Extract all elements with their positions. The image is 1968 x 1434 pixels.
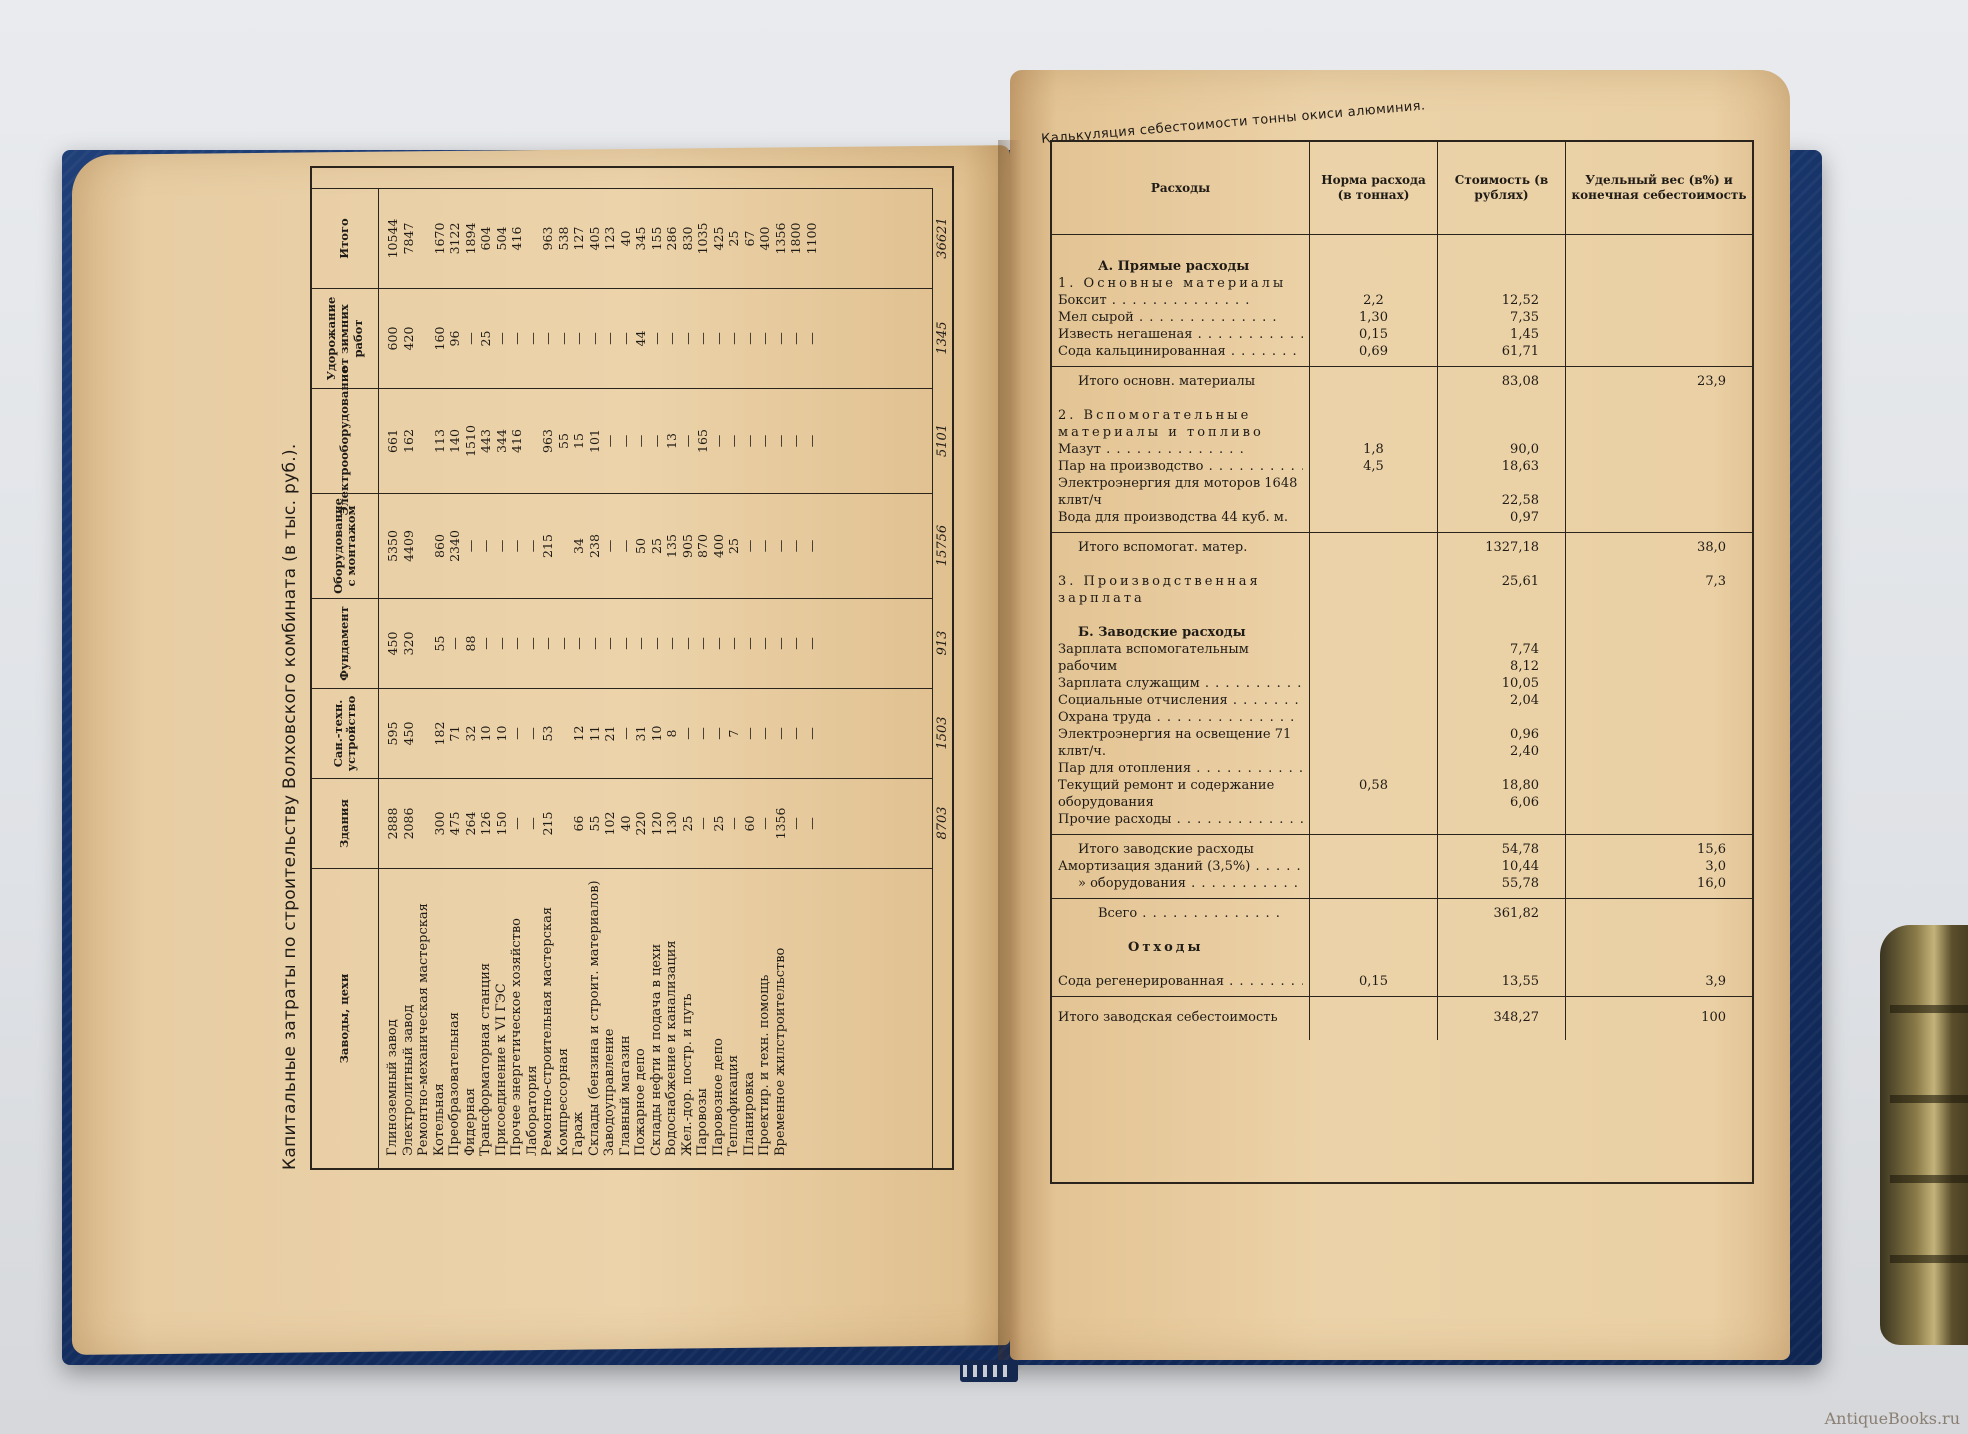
cell-value: — bbox=[773, 693, 789, 774]
row-label: Трансформаторная станция bbox=[478, 873, 494, 1156]
cell-value: — bbox=[742, 293, 758, 384]
cost-value: 6,06 bbox=[1444, 794, 1539, 811]
cell-value: — bbox=[494, 293, 510, 384]
cell-value: — bbox=[602, 603, 618, 684]
item-label: Мазут bbox=[1058, 441, 1303, 458]
row-label: Глиноземный завод bbox=[385, 873, 401, 1156]
cell-value: 595 bbox=[385, 693, 401, 774]
cost-value: 7,74 bbox=[1444, 641, 1539, 658]
cell-value bbox=[416, 193, 432, 284]
amort-equipment-share: 16,0 bbox=[1572, 875, 1726, 892]
item-label: Боксит bbox=[1058, 292, 1303, 309]
waste-share: 3,9 bbox=[1572, 973, 1726, 990]
cell-value: — bbox=[602, 293, 618, 384]
cell-value bbox=[525, 393, 541, 489]
column-plants: Заводы, цехиГлиноземный заводЭлектролитн… bbox=[312, 868, 952, 1168]
cell-value: — bbox=[695, 293, 711, 384]
norm-value: 0,15 bbox=[1316, 326, 1431, 343]
cell-value: — bbox=[695, 693, 711, 774]
cell-value: 1670 bbox=[432, 193, 448, 284]
cell-value: 215 bbox=[540, 498, 556, 594]
cost-value: 1,45 bbox=[1444, 326, 1539, 343]
cell-value: — bbox=[742, 603, 758, 684]
amort-buildings-cost: 10,44 bbox=[1444, 858, 1539, 875]
cell-value: 127 bbox=[571, 193, 587, 284]
cell-value: — bbox=[602, 393, 618, 489]
capital-costs-grid: Заводы, цехиГлиноземный заводЭлектролитн… bbox=[312, 168, 952, 1168]
cell-value: — bbox=[757, 393, 773, 489]
cell-value: — bbox=[804, 293, 820, 384]
cell-value: 130 bbox=[664, 783, 680, 864]
norm-value: 1,30 bbox=[1316, 309, 1431, 326]
cell-value: — bbox=[711, 603, 727, 684]
cost-value: 2,04 bbox=[1444, 692, 1539, 709]
cell-value: 165 bbox=[695, 393, 711, 489]
header-share: Удельный вес (в%) и конечная себестоимос… bbox=[1566, 142, 1752, 235]
left-page-title: Капитальные затраты по строительству Вол… bbox=[280, 150, 300, 1170]
capital-costs-table-rotated: Капитальные затраты по строительству Вол… bbox=[280, 150, 980, 1170]
cell-value: 416 bbox=[509, 193, 525, 284]
cell-value: — bbox=[757, 603, 773, 684]
cell-value: — bbox=[602, 498, 618, 594]
waste-label: Сода регенерированная bbox=[1058, 973, 1303, 990]
column-4: Оборудование с монтажом535044098602340——… bbox=[312, 493, 952, 598]
cost-value: 18,80 bbox=[1444, 777, 1539, 794]
row-label: Жел.-дор. постр. и путь bbox=[680, 873, 696, 1156]
cell-value: — bbox=[509, 783, 525, 864]
row-label: Ремонтно-строительная мастерская bbox=[540, 873, 556, 1156]
row-label: Фидерная bbox=[463, 873, 479, 1156]
cell-value: 1100 bbox=[804, 193, 820, 284]
cell-value: 8 bbox=[664, 693, 680, 774]
cell-value: — bbox=[525, 293, 541, 384]
cell-value: 71 bbox=[447, 693, 463, 774]
cell-value: — bbox=[726, 393, 742, 489]
total-cost: 361,82 bbox=[1444, 905, 1539, 922]
cell-value: 160 bbox=[432, 293, 448, 384]
cell-value: — bbox=[509, 498, 525, 594]
amort-equipment-cost: 55,78 bbox=[1444, 875, 1539, 892]
cell-value: — bbox=[742, 693, 758, 774]
cell-value: — bbox=[618, 293, 634, 384]
book-spine-shadow bbox=[998, 140, 1022, 1370]
cell-value: 60 bbox=[742, 783, 758, 864]
cell-value: — bbox=[478, 498, 494, 594]
cell-value: 25 bbox=[726, 498, 742, 594]
cell-value: 96 bbox=[447, 293, 463, 384]
cell-value: — bbox=[494, 498, 510, 594]
row-label: Электролитный завод bbox=[401, 873, 417, 1156]
cell-value: 25 bbox=[478, 293, 494, 384]
cell-value: — bbox=[540, 603, 556, 684]
section-a-heading: А. Прямые расходы bbox=[1058, 258, 1303, 275]
production-wages-cost: 25,61 bbox=[1444, 573, 1539, 590]
cell-value: 55 bbox=[556, 393, 572, 489]
cell-value: 67 bbox=[742, 193, 758, 284]
column-total: 913 bbox=[932, 598, 952, 688]
cell-value: 405 bbox=[587, 193, 603, 284]
subtotal-aux-label: Итого вспомогат. матер. bbox=[1058, 539, 1303, 556]
cell-value: 4409 bbox=[401, 498, 417, 594]
row-label: Ремонтно-механическая мастерская bbox=[416, 873, 432, 1156]
table-header: Расходы Норма расхода (в тоннах) Стоимос… bbox=[1052, 142, 1752, 235]
cell-value: 320 bbox=[401, 603, 417, 684]
row-label: Заводоуправление bbox=[602, 873, 618, 1156]
waste-heading: Отходы bbox=[1058, 939, 1303, 956]
cell-value: 55 bbox=[587, 783, 603, 864]
row-label: Компрессорная bbox=[556, 873, 572, 1156]
cell-value: — bbox=[649, 293, 665, 384]
cost-value: 0,96 bbox=[1444, 726, 1539, 743]
cell-value: — bbox=[680, 393, 696, 489]
row-label: Пожарное депо bbox=[633, 873, 649, 1156]
cell-value: 2086 bbox=[401, 783, 417, 864]
cell-value: — bbox=[742, 498, 758, 594]
cell-value: 150 bbox=[494, 783, 510, 864]
cell-value: 55 bbox=[432, 603, 448, 684]
cell-value bbox=[416, 603, 432, 684]
subtotal-factory-cost: 54,78 bbox=[1444, 841, 1539, 858]
cell-value: 25 bbox=[726, 193, 742, 284]
cell-value: — bbox=[804, 393, 820, 489]
cost-value: 8,12 bbox=[1444, 658, 1539, 675]
cost-value: 2,40 bbox=[1444, 743, 1539, 760]
column-2: Сан.-техн. устройство59545018271321010——… bbox=[312, 688, 952, 778]
cell-value: — bbox=[788, 293, 804, 384]
subtotal-factory-share: 15,6 bbox=[1572, 841, 1726, 858]
cell-value bbox=[416, 498, 432, 594]
cell-value: 101 bbox=[587, 393, 603, 489]
cell-value: — bbox=[680, 293, 696, 384]
cell-value: — bbox=[695, 603, 711, 684]
cell-value: — bbox=[742, 393, 758, 489]
cell-value: 7847 bbox=[401, 193, 417, 284]
brass-bookend bbox=[1880, 925, 1968, 1345]
cell-value: 88 bbox=[463, 603, 479, 684]
column-header: Здания bbox=[312, 778, 379, 868]
cell-value: 963 bbox=[540, 193, 556, 284]
cell-value: 12 bbox=[571, 693, 587, 774]
cell-value: 475 bbox=[447, 783, 463, 864]
section-direct-materials: А. Прямые расходы 1. Основные материалы … bbox=[1052, 235, 1752, 367]
cell-value: 34 bbox=[571, 498, 587, 594]
column-total: 1503 bbox=[932, 688, 952, 778]
subtotal-factory-label: Итого заводские расходы bbox=[1058, 841, 1303, 858]
row-label: Планировка bbox=[742, 873, 758, 1156]
row-label: Склады (бензина и строит. материалов) bbox=[587, 873, 603, 1156]
norm-value: 1,8 bbox=[1316, 441, 1431, 458]
section-factory-expenses: Итого вспомогат. матер. 3. Производствен… bbox=[1052, 533, 1752, 835]
cell-value: 120 bbox=[649, 783, 665, 864]
cell-value: — bbox=[633, 603, 649, 684]
cell-value: — bbox=[525, 783, 541, 864]
column-header: Удорожание от зимних работ bbox=[312, 288, 379, 388]
final-cost-label: Итого заводская себестоимость bbox=[1058, 1003, 1303, 1034]
row-label: Котельная bbox=[432, 873, 448, 1156]
cell-value: 1356 bbox=[773, 783, 789, 864]
column-total bbox=[932, 868, 952, 1168]
cell-value: 600 bbox=[385, 293, 401, 384]
header-cost: Стоимость (в рублях) bbox=[1438, 142, 1566, 235]
norm-value: 0,58 bbox=[1316, 777, 1431, 794]
amort-equipment-label: » оборудования bbox=[1058, 875, 1303, 892]
row-label: Преобразовательная bbox=[447, 873, 463, 1156]
row-label bbox=[788, 873, 804, 1156]
cell-value: 1035 bbox=[695, 193, 711, 284]
cell-value: — bbox=[757, 693, 773, 774]
cell-value: — bbox=[773, 293, 789, 384]
amort-buildings-label: Амортизация зданий (3,5%) bbox=[1058, 858, 1303, 875]
item-label: Электроэнергия для моторов 1648 клвт/ч bbox=[1058, 475, 1303, 509]
cell-value bbox=[416, 393, 432, 489]
production-wages-label: 3. Производственная зарплата bbox=[1058, 573, 1303, 607]
cell-value: 2340 bbox=[447, 498, 463, 594]
cell-value: 5350 bbox=[385, 498, 401, 594]
cell-value: 450 bbox=[385, 603, 401, 684]
cell-value: 15 bbox=[571, 393, 587, 489]
cell-value: — bbox=[711, 393, 727, 489]
row-label: Склады нефти и подача в цехи bbox=[649, 873, 665, 1156]
header-norm: Норма расхода (в тоннах) bbox=[1310, 142, 1438, 235]
row-label: Водоснабжение и канализация bbox=[664, 873, 680, 1156]
cell-value: 538 bbox=[556, 193, 572, 284]
cell-value: — bbox=[757, 498, 773, 594]
waste-cost: 13,55 bbox=[1444, 973, 1539, 990]
waste-norm: 0,15 bbox=[1316, 973, 1431, 990]
column-3: Фундамент45032055—88————————————————————… bbox=[312, 598, 952, 688]
cell-value: — bbox=[695, 783, 711, 864]
cell-value: — bbox=[788, 498, 804, 594]
cell-value: 2888 bbox=[385, 783, 401, 864]
cell-value: — bbox=[618, 693, 634, 774]
cell-value: 31 bbox=[633, 693, 649, 774]
column-header: Сан.-техн. устройство bbox=[312, 688, 379, 778]
column-7: Итого10544784716703122189460450441696353… bbox=[312, 188, 952, 288]
item-label: Сода кальцинированная bbox=[1058, 343, 1303, 360]
cell-value: 32 bbox=[463, 693, 479, 774]
cell-value: — bbox=[509, 693, 525, 774]
cell-value: 425 bbox=[711, 193, 727, 284]
cell-value: — bbox=[649, 393, 665, 489]
cost-value: 61,71 bbox=[1444, 343, 1539, 360]
cost-value: 0,97 bbox=[1444, 509, 1539, 526]
cell-value: — bbox=[525, 603, 541, 684]
row-label bbox=[804, 873, 820, 1156]
norm-value: 4,5 bbox=[1316, 458, 1431, 475]
column-header: Электрооборудование bbox=[312, 388, 379, 493]
cell-value: 135 bbox=[664, 498, 680, 594]
column-6: Удорожание от зимних работ60042016096—25… bbox=[312, 288, 952, 388]
cell-value: — bbox=[509, 603, 525, 684]
cost-value: 22,58 bbox=[1444, 492, 1539, 509]
cell-value: 40 bbox=[618, 193, 634, 284]
cell-value: 238 bbox=[587, 498, 603, 594]
cell-value: 264 bbox=[463, 783, 479, 864]
cell-value: — bbox=[757, 783, 773, 864]
cell-value: — bbox=[618, 393, 634, 489]
cell-value: — bbox=[773, 393, 789, 489]
cell-value: 450 bbox=[401, 693, 417, 774]
cell-value: 416 bbox=[509, 393, 525, 489]
cell-value: — bbox=[618, 498, 634, 594]
row-label: Прочее энергетическое хозяйство bbox=[509, 873, 525, 1156]
cell-value: — bbox=[540, 293, 556, 384]
cost-value: 10,05 bbox=[1444, 675, 1539, 692]
item-label: Мел сырой bbox=[1058, 309, 1303, 326]
cell-value: — bbox=[478, 603, 494, 684]
column-header: Заводы, цехи bbox=[312, 868, 379, 1168]
subtotal-main-materials-label: Итого основн. материалы bbox=[1058, 373, 1303, 390]
cell-value: 40 bbox=[618, 783, 634, 864]
cell-value: 66 bbox=[571, 783, 587, 864]
cell-value: — bbox=[447, 603, 463, 684]
norm-value: 0,69 bbox=[1316, 343, 1431, 360]
cell-value: 21 bbox=[602, 693, 618, 774]
cell-value: — bbox=[463, 293, 479, 384]
cell-value: 345 bbox=[633, 193, 649, 284]
cell-value: — bbox=[494, 603, 510, 684]
cell-value: — bbox=[804, 693, 820, 774]
item-label: Зарплата вспомогательным рабочим bbox=[1058, 641, 1303, 675]
cell-value: 1894 bbox=[463, 193, 479, 284]
cell-value: 113 bbox=[432, 393, 448, 489]
cell-value: — bbox=[804, 498, 820, 594]
cell-value: — bbox=[773, 603, 789, 684]
final-cost-value: 348,27 bbox=[1444, 1003, 1539, 1026]
cell-value: 10 bbox=[649, 693, 665, 774]
cell-value: 123 bbox=[602, 193, 618, 284]
cell-value: — bbox=[788, 393, 804, 489]
cell-value: — bbox=[680, 603, 696, 684]
column-total: 5101 bbox=[932, 388, 952, 493]
cell-value: 504 bbox=[494, 193, 510, 284]
subsection-2-heading: 2. Вспомогательные материалы и топливо bbox=[1058, 407, 1303, 441]
cell-value: 182 bbox=[432, 693, 448, 774]
column-5: Электрооборудование661162113140151044334… bbox=[312, 388, 952, 493]
cell-value: — bbox=[773, 498, 789, 594]
cell-value: — bbox=[571, 603, 587, 684]
cell-value: — bbox=[788, 603, 804, 684]
cell-value: 25 bbox=[711, 783, 727, 864]
row-label: Гараж bbox=[571, 873, 587, 1156]
cell-value: 25 bbox=[649, 498, 665, 594]
cell-value: 3122 bbox=[447, 193, 463, 284]
cell-value: 7 bbox=[726, 693, 742, 774]
cost-calculation-table: Расходы Норма расхода (в тоннах) Стоимос… bbox=[1050, 140, 1754, 1184]
cell-value: — bbox=[463, 498, 479, 594]
bookmark-ribbon bbox=[960, 1360, 1018, 1382]
item-label: Пар на производство bbox=[1058, 458, 1303, 475]
cell-value: — bbox=[649, 603, 665, 684]
cell-value bbox=[416, 783, 432, 864]
row-label: Проектир. и техн. помощь bbox=[757, 873, 773, 1156]
cell-value: 400 bbox=[757, 193, 773, 284]
production-wages-share: 7,3 bbox=[1572, 573, 1726, 590]
column-total: 15756 bbox=[932, 493, 952, 598]
cell-value: 860 bbox=[432, 498, 448, 594]
cell-value: — bbox=[664, 603, 680, 684]
row-label: Временное жилстроительство bbox=[773, 873, 789, 1156]
column-total: 36621 bbox=[932, 188, 952, 288]
cell-value: 13 bbox=[664, 393, 680, 489]
cell-value: 604 bbox=[478, 193, 494, 284]
amort-buildings-share: 3,0 bbox=[1572, 858, 1726, 875]
cell-value: — bbox=[525, 498, 541, 594]
cell-value: 126 bbox=[478, 783, 494, 864]
section-total-waste: Всего Отходы Сода регенерированная 0,15 … bbox=[1052, 899, 1752, 997]
subtotal-aux-cost: 1327,18 bbox=[1444, 539, 1539, 556]
cell-value: 905 bbox=[680, 498, 696, 594]
cell-value: 53 bbox=[540, 693, 556, 774]
cell-value: 300 bbox=[432, 783, 448, 864]
cell-value: — bbox=[633, 393, 649, 489]
cell-value: — bbox=[587, 603, 603, 684]
cell-value: 102 bbox=[602, 783, 618, 864]
cell-value: 215 bbox=[540, 783, 556, 864]
cell-value bbox=[416, 293, 432, 384]
cell-value: 220 bbox=[633, 783, 649, 864]
item-label: Текущий ремонт и содержание оборудования bbox=[1058, 777, 1303, 811]
cell-value: — bbox=[525, 693, 541, 774]
watermark: AntiqueBooks.ru bbox=[1825, 1409, 1960, 1428]
section-final-cost: Итого заводская себестоимость 348,27 100 bbox=[1052, 997, 1752, 1040]
row-label: Паровозы bbox=[695, 873, 711, 1156]
capital-costs-table: Заводы, цехиГлиноземный заводЭлектролитн… bbox=[310, 166, 954, 1170]
cell-value: — bbox=[788, 693, 804, 774]
cell-value: 44 bbox=[633, 293, 649, 384]
row-label: Паровозное депо bbox=[711, 873, 727, 1156]
item-label: Вода для производства 44 куб. м. bbox=[1058, 509, 1303, 526]
cell-value: 286 bbox=[664, 193, 680, 284]
section-aux-materials: Итого основн. материалы 2. Вспомогательн… bbox=[1052, 367, 1752, 533]
item-label: Пар для отопления bbox=[1058, 760, 1303, 777]
cell-value: 11 bbox=[587, 693, 603, 774]
cell-value: 344 bbox=[494, 393, 510, 489]
final-cost-share: 100 bbox=[1572, 1003, 1726, 1026]
cell-value: 870 bbox=[695, 498, 711, 594]
cost-value: 7,35 bbox=[1444, 309, 1539, 326]
cell-value: — bbox=[711, 293, 727, 384]
column-header: Итого bbox=[312, 188, 379, 288]
cell-value: 443 bbox=[478, 393, 494, 489]
cell-value: 1800 bbox=[788, 193, 804, 284]
column-total: 8703 bbox=[932, 778, 952, 868]
cell-value: 162 bbox=[401, 393, 417, 489]
cost-value: 12,52 bbox=[1444, 292, 1539, 309]
cell-value: — bbox=[757, 293, 773, 384]
item-label: Охрана труда bbox=[1058, 709, 1303, 726]
cell-value: — bbox=[664, 293, 680, 384]
subtotal-aux-share: 38,0 bbox=[1572, 539, 1726, 556]
column-1: Здания28882086300475264126150——215665510… bbox=[312, 778, 952, 868]
subtotal-main-materials-share: 23,9 bbox=[1572, 373, 1726, 390]
item-label: Электроэнергия на освещение 71 клвт/ч. bbox=[1058, 726, 1303, 760]
column-total: 1345 bbox=[932, 288, 952, 388]
cell-value: 155 bbox=[649, 193, 665, 284]
subsection-1-heading: 1. Основные материалы bbox=[1058, 275, 1303, 292]
cell-value bbox=[556, 693, 572, 774]
cell-value: — bbox=[618, 603, 634, 684]
row-label: Присоединение к VI ГЭС bbox=[494, 873, 510, 1156]
cell-value: — bbox=[680, 693, 696, 774]
cell-value: — bbox=[726, 603, 742, 684]
cell-value: — bbox=[587, 293, 603, 384]
section-amortization: Итого заводские расходы Амортизация здан… bbox=[1052, 835, 1752, 899]
cell-value bbox=[556, 498, 572, 594]
cell-value: — bbox=[726, 783, 742, 864]
cost-value: 18,63 bbox=[1444, 458, 1539, 475]
cell-value: — bbox=[726, 293, 742, 384]
